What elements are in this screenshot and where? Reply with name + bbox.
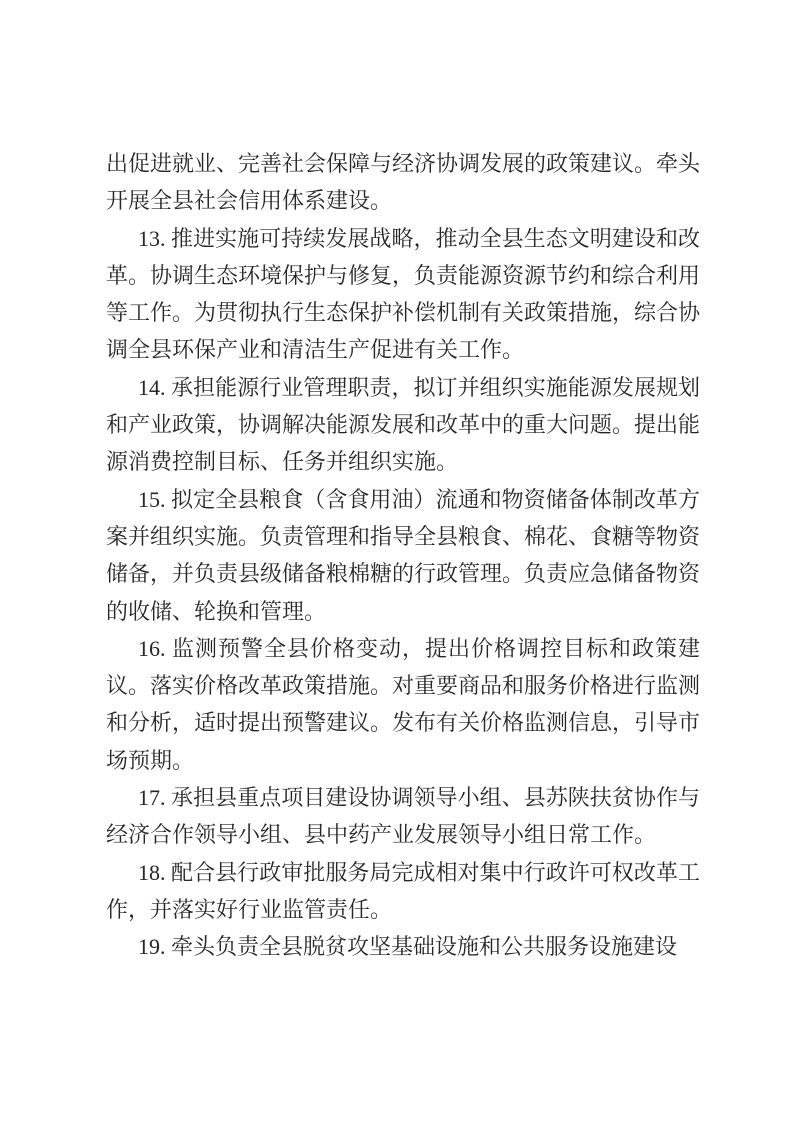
paragraph-continuation: 出促进就业、完善社会保障与经济协调发展的政策建议。牵头开展全县社会信用体系建设。 <box>106 145 700 220</box>
paragraph-item-15: 15. 拟定全县粮食（含食用油）流通和物资储备体制改革方案并组织实施。负责管理和… <box>106 481 700 630</box>
document-text-block: 出促进就业、完善社会保障与经济协调发展的政策建议。牵头开展全县社会信用体系建设。… <box>106 145 700 966</box>
paragraph-item-19: 19. 牵头负责全县脱贫攻坚基础设施和公共服务设施建设 <box>106 928 700 965</box>
paragraph-item-16: 16. 监测预警全县价格变动，提出价格调控目标和政策建议。落实价格改革政策措施。… <box>106 630 700 779</box>
paragraph-item-18: 18. 配合县行政审批服务局完成相对集中行政许可权改革工作，并落实好行业监管责任… <box>106 854 700 929</box>
document-page: 出促进就业、完善社会保障与经济协调发展的政策建议。牵头开展全县社会信用体系建设。… <box>0 0 792 1121</box>
paragraph-item-13: 13. 推进实施可持续发展战略，推动全县生态文明建设和改革。协调生态环境保护与修… <box>106 220 700 369</box>
paragraph-item-14: 14. 承担能源行业管理职责，拟订并组织实施能源发展规划和产业政策，协调解决能源… <box>106 369 700 481</box>
paragraph-item-17: 17. 承担县重点项目建设协调领导小组、县苏陕扶贫协作与经济合作领导小组、县中药… <box>106 779 700 854</box>
